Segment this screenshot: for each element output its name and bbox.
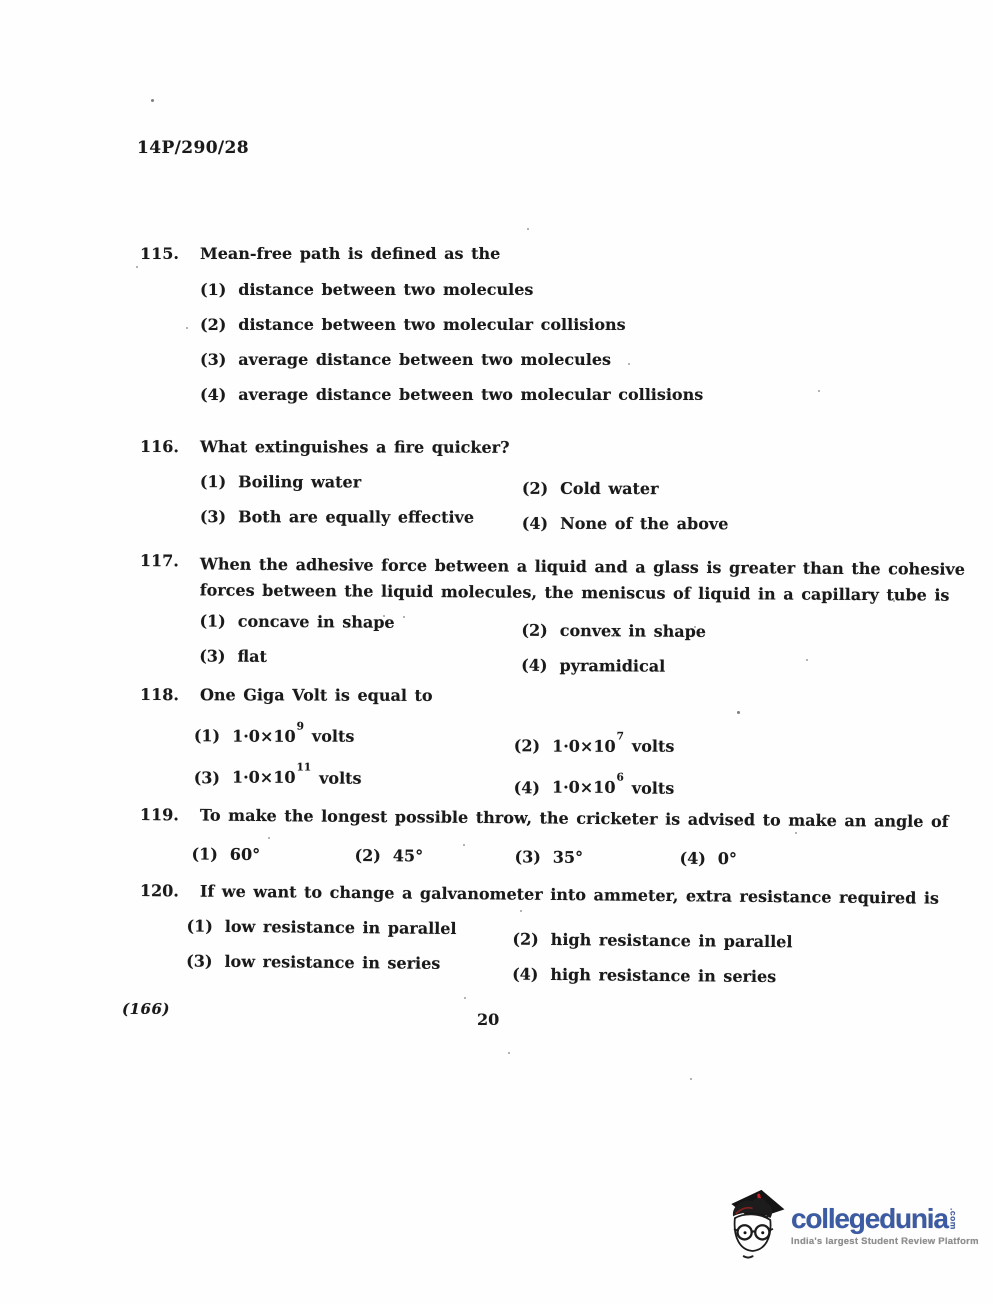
booklet-number: (166)	[122, 1000, 170, 1018]
question-number: 115.	[140, 244, 179, 263]
option-119-3: (3)35°	[514, 847, 679, 868]
scan-speck	[694, 626, 696, 628]
option-118-4: (4)1·0×106volts	[514, 774, 920, 800]
option-116-2: (2)Cold water	[522, 479, 920, 500]
option-119-4: (4)0°	[679, 849, 919, 871]
question-115: 115. Mean-free path is defined as the (1…	[140, 244, 920, 420]
question-number: 120.	[140, 881, 179, 900]
option-115-4: (4)average distance between two molecula…	[200, 385, 920, 405]
scan-speck	[186, 327, 188, 329]
option-115-3: (3)average distance between two molecule…	[200, 350, 920, 370]
scan-speck	[136, 266, 138, 268]
scan-speck	[527, 228, 529, 230]
scan-speck	[893, 600, 895, 602]
collegedunia-logo: collegedunia .com India's largest Studen…	[726, 1186, 979, 1265]
question-number: 119.	[140, 805, 179, 824]
option-116-3: (3)Both are equally effective	[200, 507, 522, 528]
question-118: 118. One Giga Volt is equal to (1)1·0×10…	[140, 685, 920, 790]
question-number: 116.	[140, 437, 179, 456]
question-119: 119. To make the longest possible throw,…	[139, 805, 919, 871]
option-117-2: (2)convex in shape	[521, 621, 919, 644]
scan-speck	[268, 837, 270, 839]
question-text: What extinguishes a fire quicker?	[200, 437, 920, 459]
question-text: When the adhesive force between a liquid…	[200, 551, 920, 608]
scan-speck	[520, 910, 522, 912]
option-117-3: (3)flat	[199, 646, 521, 668]
question-120: 120. If we want to change a galvanometer…	[139, 881, 920, 978]
scan-speck	[818, 390, 820, 392]
scanned-exam-page: 14P/290/28 115. Mean-free path is define…	[0, 0, 993, 1303]
option-116-4: (4)None of the above	[522, 514, 920, 535]
graduate-mascot-icon	[726, 1186, 788, 1265]
scan-speck	[383, 615, 385, 617]
option-117-1: (1)concave in shape	[199, 611, 521, 633]
brand-name: collegedunia	[791, 1205, 948, 1233]
question-text: Mean-free path is defined as the	[200, 244, 920, 264]
option-115-2: (2)distance between two molecular collis…	[200, 315, 920, 335]
option-118-3: (3)1·0×1011volts	[194, 763, 514, 788]
option-116-1: (1)Boiling water	[200, 472, 522, 493]
question-number: 117.	[140, 551, 179, 570]
scan-speck	[463, 844, 465, 846]
scan-speck	[690, 1078, 692, 1080]
option-119-1: (1)60°	[191, 844, 354, 865]
option-120-3: (3)low resistance in series	[186, 951, 512, 974]
brand-tld: .com	[949, 1208, 958, 1230]
scan-speck	[151, 99, 154, 102]
scan-speck	[403, 616, 405, 618]
question-text: To make the longest possible throw, the …	[200, 806, 920, 832]
question-number: 118.	[140, 685, 179, 704]
option-118-1: (1)1·0×109volts	[194, 722, 514, 747]
option-119-2: (2)45°	[354, 846, 514, 867]
question-117: 117. When the adhesive force between a l…	[139, 551, 920, 671]
brand-tagline: India's largest Student Review Platform	[791, 1236, 979, 1247]
scan-speck	[806, 659, 808, 661]
scan-speck	[464, 997, 466, 999]
option-115-1: (1)distance between two molecules	[200, 280, 920, 300]
question-text: One Giga Volt is equal to	[200, 685, 920, 707]
option-118-2: (2)1·0×107volts	[514, 732, 920, 758]
scan-speck	[628, 363, 630, 365]
option-120-1: (1)low resistance in parallel	[186, 916, 512, 939]
paper-code: 14P/290/28	[137, 138, 249, 158]
option-117-4: (4)pyramidical	[521, 656, 919, 679]
scan-speck	[737, 711, 740, 714]
question-text: If we want to change a galvanometer into…	[200, 882, 920, 909]
option-120-4: (4)high resistance in series	[512, 965, 919, 989]
page-number: 20	[477, 1010, 499, 1029]
scan-speck	[795, 832, 797, 834]
question-116: 116. What extinguishes a fire quicker? (…	[140, 437, 920, 529]
option-120-2: (2)high resistance in parallel	[512, 930, 919, 954]
scan-speck	[508, 1052, 510, 1054]
